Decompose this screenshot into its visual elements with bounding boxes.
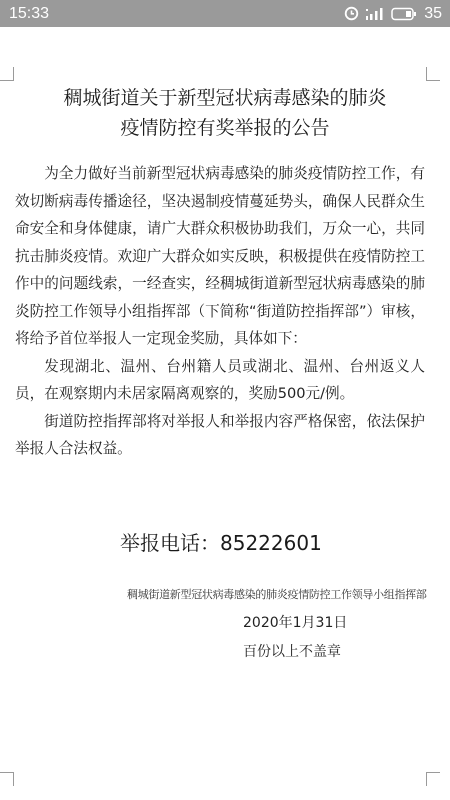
title-line-2: 疫情防控有奖举报的公告 [0,113,450,143]
document-body: 为全力做好当前新型冠状病毒感染的肺炎疫情防控工作，有效切断病毒传播途径，坚决遏制… [15,160,425,463]
signature-date: 2020年1月31日 [243,612,347,632]
signal-icon [365,7,385,21]
battery-level: 35 [424,5,442,23]
status-bar: 15:33 35 [0,0,450,27]
page-corner-mark-bottom-right [426,772,440,786]
page-corner-mark-top-right [426,67,440,81]
report-phone: 举报电话：85222601 [120,527,322,556]
page-corner-mark-bottom-left [0,772,14,786]
alarm-icon [344,6,359,21]
title-line-1: 稠城街道关于新型冠状病毒感染的肺炎 [0,83,450,113]
document-title: 稠城街道关于新型冠状病毒感染的肺炎 疫情防控有奖举报的公告 [0,83,450,143]
signature-note: 百份以上不盖章 [243,641,341,661]
paragraph-confidentiality: 街道防控指挥部将对举报人和举报内容严格保密，依法保护举报人合法权益。 [15,408,425,463]
status-icons: 35 [344,5,442,23]
page-corner-mark-top-left [0,67,14,81]
paragraph-intro: 为全力做好当前新型冠状病毒感染的肺炎疫情防控工作，有效切断病毒传播途径，坚决遏制… [15,160,425,353]
status-time: 15:33 [9,5,49,23]
paragraph-reward: 发现湖北、温州、台州籍人员或湖北、温州、台州返义人员，在观察期内未居家隔离观察的… [15,353,425,408]
signature-organization: 稠城街道新型冠状病毒感染的肺炎疫情防控工作领导小组指挥部 [127,586,427,602]
battery-icon [391,7,417,21]
